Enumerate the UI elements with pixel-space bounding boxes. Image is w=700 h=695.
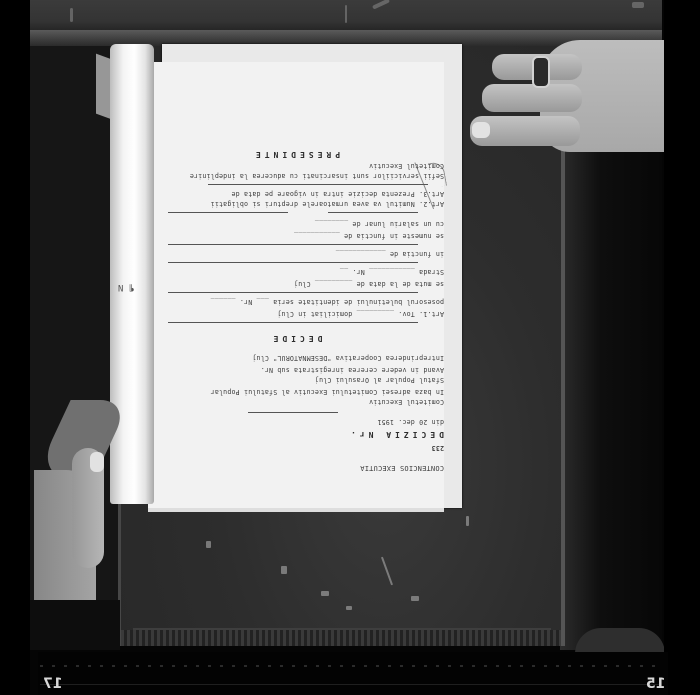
document-line: se muta de la data de _________ Cluj: [148, 280, 464, 288]
ring: [532, 56, 550, 88]
film-border-left: [0, 0, 30, 695]
fingernail: [472, 122, 490, 138]
document-line: Comitetul Executiv: [148, 398, 504, 406]
document-title-decide: DECIDE: [148, 334, 444, 343]
document-line: cu un salariu lunar de ________: [148, 220, 454, 228]
rolled-paper: [110, 44, 154, 504]
underline: [328, 212, 418, 213]
underline: [168, 244, 418, 245]
wall-scratch: [70, 8, 73, 22]
document-line: Art.2. Numitul va avea urmatoarele drept…: [148, 200, 484, 208]
underline: [168, 262, 418, 263]
document-title-presedinte: PRESEDINTE: [148, 150, 444, 159]
document-line: in functia de ____________: [148, 250, 484, 258]
frame-number-right: 15: [646, 676, 665, 692]
roll-marking: ¶ N: [118, 282, 134, 292]
film-edge-line: [40, 684, 660, 685]
film-strip-edge: [38, 652, 668, 695]
document-line: Strada ___________ Nr. __: [148, 268, 456, 276]
underline: [168, 212, 288, 213]
document-heading: DECIZIA Nr.: [148, 430, 534, 439]
wall-scratch: [345, 5, 347, 23]
decision-number: 233: [148, 444, 574, 452]
document-content: PRESEDINTE Comitetul Executiv Sefii serv…: [148, 62, 444, 508]
document-line: se numeste in functia de ___________: [148, 232, 474, 240]
board-fleck: [206, 541, 211, 548]
wall-scratch: [632, 2, 644, 8]
underline: [168, 322, 418, 323]
underline: [248, 412, 338, 413]
photo-frame: PRESEDINTE Comitetul Executiv Sefii serv…: [0, 0, 700, 695]
thumbnail: [90, 452, 104, 472]
underline: [208, 184, 428, 185]
document-line: In baza adresei Comitetului Executiv al …: [148, 388, 450, 396]
frame-number-left: 17: [43, 676, 62, 692]
right-hand: [470, 40, 665, 160]
document-footer: CONTENCIOS EXECUTIA: [148, 464, 444, 472]
document-line: Avand in vedere cererea inregistrata sub…: [148, 366, 450, 374]
hand-partial: [575, 628, 665, 654]
board-fleck: [411, 596, 419, 601]
document-line: Sefii serviciilor sunt insarcinati cu ad…: [148, 172, 452, 180]
board-fleck: [346, 606, 352, 610]
finger: [482, 84, 582, 112]
document-line: Art.3. Prezenta decizie intra in vigoare…: [148, 190, 464, 198]
film-perforation: [40, 665, 660, 667]
board-edge: [121, 630, 561, 646]
document-line: posesorul buletinului de identitate seri…: [148, 298, 450, 306]
board-fleck: [321, 591, 329, 596]
document-line: Intreprinderea Cooperativa "DESEMNATORUL…: [148, 354, 474, 362]
document-line: Art.1. Tov. _________ domiciliat in Cluj: [148, 310, 450, 318]
document-line: Comitetul Executiv: [148, 162, 474, 170]
document-date: din 20 dec. 1951: [148, 418, 524, 426]
board-fleck: [281, 566, 287, 574]
board-fleck: [466, 516, 469, 526]
film-border-right: [664, 0, 700, 695]
underline: [168, 292, 418, 293]
document-line: Sfatul Popular al Orasului Cluj: [148, 376, 450, 384]
shadow-area: [560, 150, 662, 650]
sleeve: [30, 600, 120, 650]
